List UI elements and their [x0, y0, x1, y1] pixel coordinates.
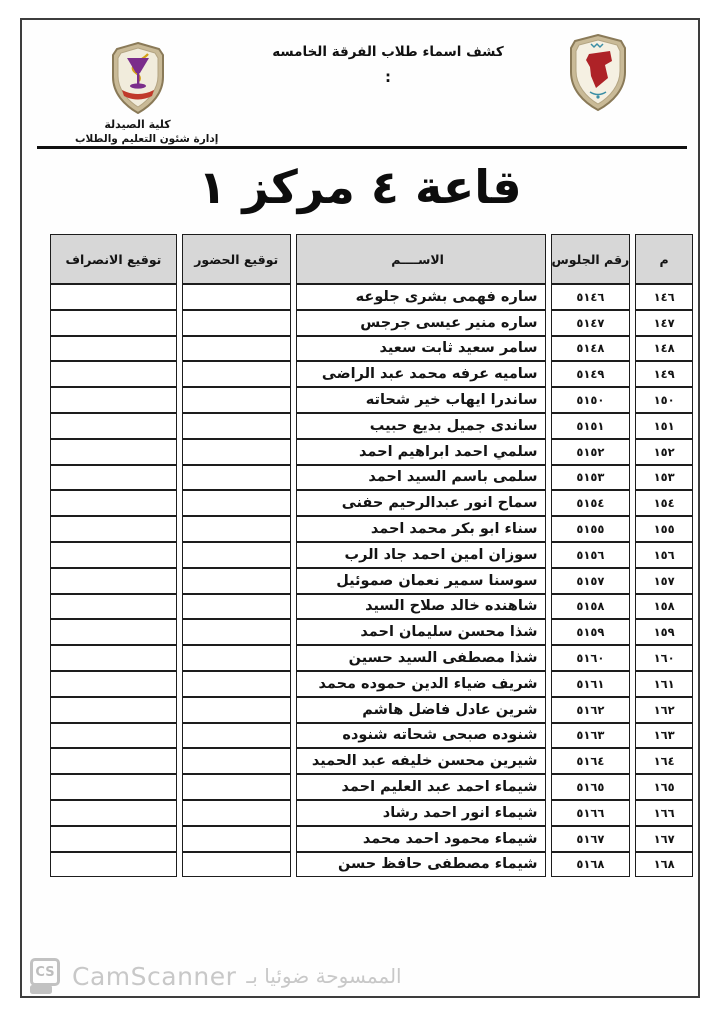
- row-departure-signature-cell: [50, 774, 177, 800]
- row-departure-signature-cell: [50, 723, 177, 749]
- header-divider: [37, 146, 687, 149]
- row-seat-number: ٥١٥٨: [551, 594, 631, 620]
- row-seat-number: ٥١٥٧: [551, 568, 631, 594]
- table-row: ١٥٤ ٥١٥٤ سماح انور عبدالرحيم حفنى: [50, 490, 693, 516]
- camscanner-icon: CS: [30, 958, 62, 994]
- row-index: ١٦٨: [635, 852, 693, 878]
- table-row: ١٤٩ ٥١٤٩ ساميه عرفه محمد عبد الراضى: [50, 361, 693, 387]
- row-student-name: شاهنده خالد صلاح السيد: [296, 594, 546, 620]
- row-seat-number: ٥١٦٧: [551, 826, 631, 852]
- row-student-name: شيرين محسن خليفه عبد الحميد: [296, 748, 546, 774]
- scanned-page: كشف اسماء طلاب الفرقة الخامسه : كلية الص…: [20, 18, 700, 998]
- row-index: ١٦٥: [635, 774, 693, 800]
- row-index: ١٦٠: [635, 645, 693, 671]
- table-row: ١٦١ ٥١٦١ شريف ضياء الدين حموده محمد: [50, 671, 693, 697]
- row-student-name: سناء ابو بكر محمد احمد: [296, 516, 546, 542]
- row-seat-number: ٥١٥١: [551, 413, 631, 439]
- university-shield-icon: [565, 34, 631, 112]
- row-index: ١٥٤: [635, 490, 693, 516]
- row-attendance-signature-cell: [182, 361, 291, 387]
- table-row: ١٤٧ ٥١٤٧ ساره منير عيسى جرجس: [50, 310, 693, 336]
- row-departure-signature-cell: [50, 645, 177, 671]
- row-attendance-signature-cell: [182, 465, 291, 491]
- table-row: ١٦٢ ٥١٦٢ شرين عادل فاضل هاشم: [50, 697, 693, 723]
- row-student-name: ساندرا ايهاب خير شحاته: [296, 387, 546, 413]
- header-name: الاســــم: [296, 234, 546, 284]
- camscanner-brand-text: CamScanner: [72, 962, 236, 991]
- row-index: ١٦٣: [635, 723, 693, 749]
- row-index: ١٥٢: [635, 439, 693, 465]
- row-seat-number: ٥١٦٣: [551, 723, 631, 749]
- table-row: ١٥١ ٥١٥١ ساندى جميل بديع حبيب: [50, 413, 693, 439]
- row-student-name: ساندى جميل بديع حبيب: [296, 413, 546, 439]
- row-seat-number: ٥١٤٧: [551, 310, 631, 336]
- row-departure-signature-cell: [50, 594, 177, 620]
- row-student-name: شيماء محمود احمد محمد: [296, 826, 546, 852]
- row-departure-signature-cell: [50, 568, 177, 594]
- row-student-name: شريف ضياء الدين حموده محمد: [296, 671, 546, 697]
- row-seat-number: ٥١٤٨: [551, 336, 631, 362]
- row-attendance-signature-cell: [182, 671, 291, 697]
- scanned-with-text: الممسوحة ضوئيا بـ: [246, 964, 401, 988]
- row-departure-signature-cell: [50, 516, 177, 542]
- row-attendance-signature-cell: [182, 568, 291, 594]
- row-departure-signature-cell: [50, 852, 177, 878]
- row-seat-number: ٥١٤٦: [551, 284, 631, 310]
- row-departure-signature-cell: [50, 387, 177, 413]
- row-departure-signature-cell: [50, 439, 177, 465]
- table-row: ١٤٦ ٥١٤٦ ساره فهمى بشرى جلوعه: [50, 284, 693, 310]
- table-row: ١٦٦ ٥١٦٦ شيماء انور احمد رشاد: [50, 800, 693, 826]
- row-student-name: شرين عادل فاضل هاشم: [296, 697, 546, 723]
- row-attendance-signature-cell: [182, 619, 291, 645]
- header-departure: توقيع الانصراف: [50, 234, 177, 284]
- row-seat-number: ٥١٦٤: [551, 748, 631, 774]
- university-emblem: [565, 34, 635, 116]
- header-attendance: توقيع الحضور: [182, 234, 291, 284]
- camscanner-watermark: CS CamScanner الممسوحة ضوئيا بـ: [30, 956, 402, 996]
- screenshot-stage: كشف اسماء طلاب الفرقة الخامسه : كلية الص…: [0, 0, 720, 1017]
- row-departure-signature-cell: [50, 361, 177, 387]
- table-row: ١٦٨ ٥١٦٨ شيماء مصطفى حافظ حسن: [50, 852, 693, 878]
- row-departure-signature-cell: [50, 619, 177, 645]
- document-header: كشف اسماء طلاب الفرقة الخامسه :: [272, 44, 504, 86]
- row-departure-signature-cell: [50, 826, 177, 852]
- row-departure-signature-cell: [50, 413, 177, 439]
- row-seat-number: ٥١٥٥: [551, 516, 631, 542]
- row-index: ١٥٧: [635, 568, 693, 594]
- row-index: ١٦٧: [635, 826, 693, 852]
- row-attendance-signature-cell: [182, 826, 291, 852]
- row-student-name: ساره فهمى بشرى جلوعه: [296, 284, 546, 310]
- row-student-name: شنوده صبحى شحاته شنوده: [296, 723, 546, 749]
- row-seat-number: ٥١٦٠: [551, 645, 631, 671]
- row-student-name: سلمى باسم السيد احمد: [296, 465, 546, 491]
- table-row: ١٥٠ ٥١٥٠ ساندرا ايهاب خير شحاته: [50, 387, 693, 413]
- table-row: ١٦٤ ٥١٦٤ شيرين محسن خليفه عبد الحميد: [50, 748, 693, 774]
- row-attendance-signature-cell: [182, 774, 291, 800]
- row-index: ١٥٦: [635, 542, 693, 568]
- row-student-name: سامر سعيد ثابت سعيد: [296, 336, 546, 362]
- row-index: ١٦٤: [635, 748, 693, 774]
- row-index: ١٤٧: [635, 310, 693, 336]
- row-student-name: ساره منير عيسى جرجس: [296, 310, 546, 336]
- row-attendance-signature-cell: [182, 310, 291, 336]
- row-attendance-signature-cell: [182, 697, 291, 723]
- row-attendance-signature-cell: [182, 748, 291, 774]
- faculty-emblem-block: كلية الصيدلة إدارة شئون التعليم والطلاب: [75, 42, 200, 145]
- row-student-name: شيماء احمد عبد العليم احمد: [296, 774, 546, 800]
- table-row: ١٥٩ ٥١٥٩ شذا محسن سليمان احمد: [50, 619, 693, 645]
- table-row: ١٥٣ ٥١٥٣ سلمى باسم السيد احمد: [50, 465, 693, 491]
- row-seat-number: ٥١٦٢: [551, 697, 631, 723]
- row-student-name: شذا مصطفى السيد حسين: [296, 645, 546, 671]
- row-attendance-signature-cell: [182, 336, 291, 362]
- list-title: كشف اسماء طلاب الفرقة الخامسه: [272, 44, 504, 60]
- row-attendance-signature-cell: [182, 439, 291, 465]
- pharmacy-shield-icon: [108, 42, 168, 114]
- table-row: ١٦٧ ٥١٦٧ شيماء محمود احمد محمد: [50, 826, 693, 852]
- row-index: ١٤٦: [635, 284, 693, 310]
- row-index: ١٦٦: [635, 800, 693, 826]
- row-seat-number: ٥١٥٣: [551, 465, 631, 491]
- row-attendance-signature-cell: [182, 284, 291, 310]
- row-index: ١٥٠: [635, 387, 693, 413]
- row-attendance-signature-cell: [182, 800, 291, 826]
- roster-table: م رقم الجلوس الاســــم توقيع الحضور توقي…: [45, 234, 698, 877]
- row-departure-signature-cell: [50, 336, 177, 362]
- row-student-name: شذا محسن سليمان احمد: [296, 619, 546, 645]
- roster-table-body: ١٤٦ ٥١٤٦ ساره فهمى بشرى جلوعه ١٤٧ ٥١٤٧ س…: [50, 284, 693, 877]
- table-row: ١٥٨ ٥١٥٨ شاهنده خالد صلاح السيد: [50, 594, 693, 620]
- row-seat-number: ٥١٦٦: [551, 800, 631, 826]
- table-row: ١٤٨ ٥١٤٨ سامر سعيد ثابت سعيد: [50, 336, 693, 362]
- row-seat-number: ٥١٤٩: [551, 361, 631, 387]
- row-attendance-signature-cell: [182, 542, 291, 568]
- row-attendance-signature-cell: [182, 852, 291, 878]
- row-departure-signature-cell: [50, 748, 177, 774]
- hall-title: قاعة ٤ مركز ١: [22, 160, 698, 214]
- row-seat-number: ٥١٥٠: [551, 387, 631, 413]
- row-index: ١٤٨: [635, 336, 693, 362]
- row-index: ١٦٢: [635, 697, 693, 723]
- roster-table-head: م رقم الجلوس الاســــم توقيع الحضور توقي…: [50, 234, 693, 284]
- row-attendance-signature-cell: [182, 645, 291, 671]
- row-departure-signature-cell: [50, 310, 177, 336]
- cs-logo-base: [30, 985, 52, 994]
- row-seat-number: ٥١٥٩: [551, 619, 631, 645]
- row-index: ١٥١: [635, 413, 693, 439]
- table-row: ١٥٢ ٥١٥٢ سلمي احمد ابراهيم احمد: [50, 439, 693, 465]
- table-row: ١٥٦ ٥١٥٦ سوزان امين احمد جاد الرب: [50, 542, 693, 568]
- row-index: ١٥٣: [635, 465, 693, 491]
- row-student-name: سوزان امين احمد جاد الرب: [296, 542, 546, 568]
- row-attendance-signature-cell: [182, 723, 291, 749]
- table-row: ١٥٧ ٥١٥٧ سوسنا سمير نعمان صموئيل: [50, 568, 693, 594]
- row-departure-signature-cell: [50, 542, 177, 568]
- row-seat-number: ٥١٦١: [551, 671, 631, 697]
- row-attendance-signature-cell: [182, 594, 291, 620]
- table-row: ١٥٥ ٥١٥٥ سناء ابو بكر محمد احمد: [50, 516, 693, 542]
- department-name: إدارة شئون التعليم والطلاب: [75, 133, 200, 145]
- row-index: ١٥٩: [635, 619, 693, 645]
- row-student-name: سماح انور عبدالرحيم حفنى: [296, 490, 546, 516]
- row-student-name: سوسنا سمير نعمان صموئيل: [296, 568, 546, 594]
- row-departure-signature-cell: [50, 697, 177, 723]
- row-departure-signature-cell: [50, 284, 177, 310]
- row-index: ١٥٥: [635, 516, 693, 542]
- row-seat-number: ٥١٦٥: [551, 774, 631, 800]
- header-row: م رقم الجلوس الاســــم توقيع الحضور توقي…: [50, 234, 693, 284]
- row-departure-signature-cell: [50, 490, 177, 516]
- row-seat-number: ٥١٥٢: [551, 439, 631, 465]
- faculty-name: كلية الصيدلة: [75, 118, 200, 131]
- row-index: ١٦١: [635, 671, 693, 697]
- header-index: م: [635, 234, 693, 284]
- cs-logo-box: CS: [30, 958, 60, 986]
- table-row: ١٦٠ ٥١٦٠ شذا مصطفى السيد حسين: [50, 645, 693, 671]
- row-attendance-signature-cell: [182, 490, 291, 516]
- header-seat: رقم الجلوس: [551, 234, 631, 284]
- header-colon: :: [272, 68, 504, 86]
- row-attendance-signature-cell: [182, 516, 291, 542]
- row-seat-number: ٥١٥٦: [551, 542, 631, 568]
- table-row: ١٦٥ ٥١٦٥ شيماء احمد عبد العليم احمد: [50, 774, 693, 800]
- row-departure-signature-cell: [50, 465, 177, 491]
- row-seat-number: ٥١٦٨: [551, 852, 631, 878]
- row-student-name: ساميه عرفه محمد عبد الراضى: [296, 361, 546, 387]
- row-index: ١٥٨: [635, 594, 693, 620]
- row-student-name: شيماء مصطفى حافظ حسن: [296, 852, 546, 878]
- row-attendance-signature-cell: [182, 387, 291, 413]
- row-index: ١٤٩: [635, 361, 693, 387]
- row-student-name: شيماء انور احمد رشاد: [296, 800, 546, 826]
- row-departure-signature-cell: [50, 671, 177, 697]
- row-departure-signature-cell: [50, 800, 177, 826]
- table-row: ١٦٣ ٥١٦٣ شنوده صبحى شحاته شنوده: [50, 723, 693, 749]
- row-attendance-signature-cell: [182, 413, 291, 439]
- row-student-name: سلمي احمد ابراهيم احمد: [296, 439, 546, 465]
- row-seat-number: ٥١٥٤: [551, 490, 631, 516]
